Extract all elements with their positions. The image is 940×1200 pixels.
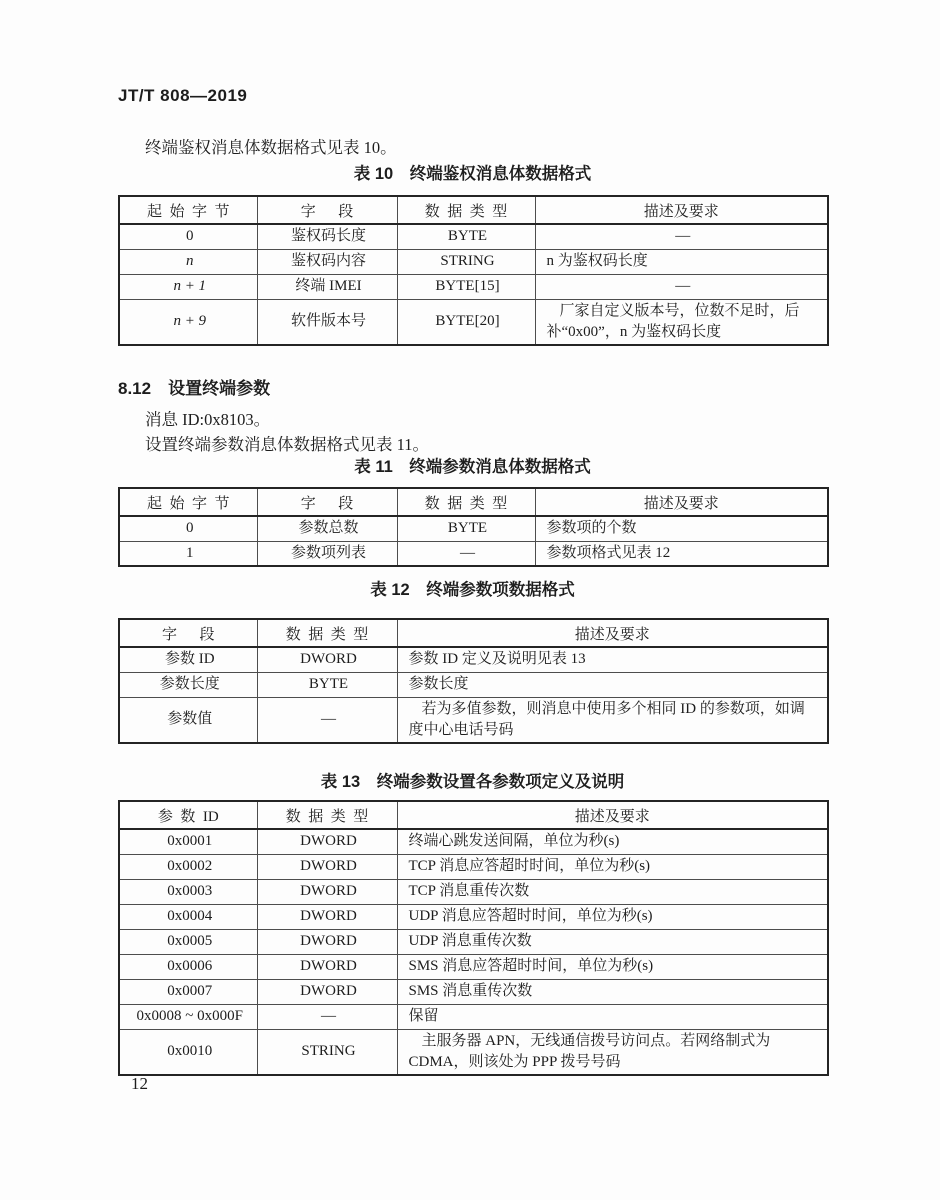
table-row: 0x0006DWORDSMS 消息应答超时时间，单位为秒(s) bbox=[119, 954, 828, 979]
table-cell: 参数 ID 定义及说明见表 13 bbox=[397, 647, 828, 672]
table-cell: 0x0007 bbox=[119, 979, 257, 1004]
header-row: 起 始 字 节字 段数 据 类 型描述及要求 bbox=[119, 196, 828, 224]
table-terminal-param-item-format: 字 段数 据 类 型描述及要求参数 IDDWORD参数 ID 定义及说明见表 1… bbox=[118, 618, 829, 744]
table-cell: 参数 ID bbox=[119, 647, 257, 672]
table-row: 0x0005DWORDUDP 消息重传次数 bbox=[119, 929, 828, 954]
table-cell: 参数长度 bbox=[119, 672, 257, 697]
table-12-caption: 表 12 终端参数项数据格式 bbox=[118, 576, 827, 600]
table-cell: n + 9 bbox=[119, 299, 257, 345]
table-cell: DWORD bbox=[257, 854, 397, 879]
table-cell: 0x0004 bbox=[119, 904, 257, 929]
column-header: 描述及要求 bbox=[397, 801, 828, 829]
table-cell: BYTE bbox=[397, 224, 535, 249]
table-cell: 参数长度 bbox=[397, 672, 828, 697]
table-row: n + 1终端 IMEIBYTE[15]— bbox=[119, 274, 828, 299]
page-number: 12 bbox=[131, 1074, 148, 1094]
table-cell: 0 bbox=[119, 516, 257, 541]
header-row: 字 段数 据 类 型描述及要求 bbox=[119, 619, 828, 647]
table-cell: 0x0006 bbox=[119, 954, 257, 979]
table-cell: SMS 消息应答超时时间，单位为秒(s) bbox=[397, 954, 828, 979]
table-row: n鉴权码内容STRINGn 为鉴权码长度 bbox=[119, 249, 828, 274]
column-header: 描述及要求 bbox=[535, 196, 828, 224]
table-row: 参数 IDDWORD参数 ID 定义及说明见表 13 bbox=[119, 647, 828, 672]
column-header: 参 数 ID bbox=[119, 801, 257, 829]
table-cell: — bbox=[257, 1004, 397, 1029]
table-cell: 参数值 bbox=[119, 697, 257, 743]
table-13-caption: 表 13 终端参数设置各参数项定义及说明 bbox=[118, 768, 827, 792]
table-cell: — bbox=[535, 224, 828, 249]
header-row: 参 数 ID数 据 类 型描述及要求 bbox=[119, 801, 828, 829]
table-row: 0x0004DWORDUDP 消息应答超时时间，单位为秒(s) bbox=[119, 904, 828, 929]
column-header: 字 段 bbox=[257, 488, 397, 516]
table-row: 0x0002DWORDTCP 消息应答超时时间，单位为秒(s) bbox=[119, 854, 828, 879]
table-cell: DWORD bbox=[257, 954, 397, 979]
table-cell: — bbox=[257, 697, 397, 743]
table-cell: UDP 消息重传次数 bbox=[397, 929, 828, 954]
table-cell: 保留 bbox=[397, 1004, 828, 1029]
table-cell: DWORD bbox=[257, 929, 397, 954]
table-11-caption: 表 11 终端参数消息体数据格式 bbox=[118, 453, 827, 477]
table-terminal-auth-body-format: 起 始 字 节字 段数 据 类 型描述及要求0鉴权码长度BYTE—n鉴权码内容S… bbox=[118, 195, 829, 346]
document-page: JT/T 808—2019 终端鉴权消息体数据格式见表 10。 表 10 终端鉴… bbox=[0, 0, 940, 1200]
table-row: n + 9软件版本号BYTE[20]厂家自定义版本号，位数不足时，后补“0x00… bbox=[119, 299, 828, 345]
table-cell: TCP 消息应答超时时间，单位为秒(s) bbox=[397, 854, 828, 879]
table-cell: BYTE bbox=[257, 672, 397, 697]
table-cell: 主服务器 APN，无线通信拨号访问点。若网络制式为 CDMA，则该处为 PPP … bbox=[397, 1029, 828, 1075]
table-cell: 参数项的个数 bbox=[535, 516, 828, 541]
table-terminal-param-definitions: 参 数 ID数 据 类 型描述及要求0x0001DWORD终端心跳发送间隔，单位… bbox=[118, 800, 829, 1076]
table-terminal-param-body-format: 起 始 字 节字 段数 据 类 型描述及要求0参数总数BYTE参数项的个数1参数… bbox=[118, 487, 829, 567]
header-row: 起 始 字 节字 段数 据 类 型描述及要求 bbox=[119, 488, 828, 516]
section-heading-8-12: 8.12 设置终端参数 bbox=[118, 374, 827, 399]
table-cell: 0x0002 bbox=[119, 854, 257, 879]
table-row: 0鉴权码长度BYTE— bbox=[119, 224, 828, 249]
table-cell: DWORD bbox=[257, 879, 397, 904]
table-cell: 厂家自定义版本号，位数不足时，后补“0x00”，n 为鉴权码长度 bbox=[535, 299, 828, 345]
table-cell: DWORD bbox=[257, 647, 397, 672]
table-cell: DWORD bbox=[257, 904, 397, 929]
table-cell: SMS 消息重传次数 bbox=[397, 979, 828, 1004]
table-cell: 鉴权码内容 bbox=[257, 249, 397, 274]
table-row: 1参数项列表—参数项格式见表 12 bbox=[119, 541, 828, 566]
table-cell: BYTE[20] bbox=[397, 299, 535, 345]
column-header: 描述及要求 bbox=[535, 488, 828, 516]
column-header: 描述及要求 bbox=[397, 619, 828, 647]
table-cell: 参数总数 bbox=[257, 516, 397, 541]
table-cell: STRING bbox=[257, 1029, 397, 1075]
table-cell: 参数项格式见表 12 bbox=[535, 541, 828, 566]
table-cell: — bbox=[535, 274, 828, 299]
table-row: 0x0001DWORD终端心跳发送间隔，单位为秒(s) bbox=[119, 829, 828, 854]
table-cell: TCP 消息重传次数 bbox=[397, 879, 828, 904]
table-cell: BYTE[15] bbox=[397, 274, 535, 299]
message-id-paragraph: 消息 ID:0x8103。 bbox=[118, 410, 827, 430]
table-cell: n bbox=[119, 249, 257, 274]
table-cell: 1 bbox=[119, 541, 257, 566]
table-cell: 参数项列表 bbox=[257, 541, 397, 566]
table-cell: DWORD bbox=[257, 979, 397, 1004]
table-row: 参数长度BYTE参数长度 bbox=[119, 672, 828, 697]
column-header: 字 段 bbox=[119, 619, 257, 647]
format-reference-paragraph: 设置终端参数消息体数据格式见表 11。 bbox=[118, 435, 827, 455]
column-header: 起 始 字 节 bbox=[119, 196, 257, 224]
table-cell: DWORD bbox=[257, 829, 397, 854]
table-cell: 0x0003 bbox=[119, 879, 257, 904]
table-cell: 0x0008 ~ 0x000F bbox=[119, 1004, 257, 1029]
table-cell: n + 1 bbox=[119, 274, 257, 299]
table-cell: 0x0010 bbox=[119, 1029, 257, 1075]
table-cell: 0 bbox=[119, 224, 257, 249]
table-cell: 鉴权码长度 bbox=[257, 224, 397, 249]
table-10-caption: 表 10 终端鉴权消息体数据格式 bbox=[118, 160, 827, 184]
intro-paragraph: 终端鉴权消息体数据格式见表 10。 bbox=[118, 138, 827, 158]
table-cell: STRING bbox=[397, 249, 535, 274]
table-cell: 0x0001 bbox=[119, 829, 257, 854]
column-header: 数 据 类 型 bbox=[257, 801, 397, 829]
table-cell: UDP 消息应答超时时间，单位为秒(s) bbox=[397, 904, 828, 929]
table-row: 0x0007DWORDSMS 消息重传次数 bbox=[119, 979, 828, 1004]
column-header: 数 据 类 型 bbox=[397, 488, 535, 516]
table-cell: 软件版本号 bbox=[257, 299, 397, 345]
table-row: 0x0008 ~ 0x000F—保留 bbox=[119, 1004, 828, 1029]
table-cell: 终端 IMEI bbox=[257, 274, 397, 299]
column-header: 字 段 bbox=[257, 196, 397, 224]
table-cell: 终端心跳发送间隔，单位为秒(s) bbox=[397, 829, 828, 854]
table-row: 0x0010STRING主服务器 APN，无线通信拨号访问点。若网络制式为 CD… bbox=[119, 1029, 828, 1075]
column-header: 数 据 类 型 bbox=[257, 619, 397, 647]
table-row: 参数值—若为多值参数，则消息中使用多个相同 ID 的参数项，如调度中心电话号码 bbox=[119, 697, 828, 743]
table-cell: 若为多值参数，则消息中使用多个相同 ID 的参数项，如调度中心电话号码 bbox=[397, 697, 828, 743]
column-header: 起 始 字 节 bbox=[119, 488, 257, 516]
table-cell: BYTE bbox=[397, 516, 535, 541]
table-cell: n 为鉴权码长度 bbox=[535, 249, 828, 274]
table-row: 0x0003DWORDTCP 消息重传次数 bbox=[119, 879, 828, 904]
running-head-doc-code: JT/T 808—2019 bbox=[118, 86, 827, 106]
table-cell: — bbox=[397, 541, 535, 566]
table-cell: 0x0005 bbox=[119, 929, 257, 954]
table-row: 0参数总数BYTE参数项的个数 bbox=[119, 516, 828, 541]
column-header: 数 据 类 型 bbox=[397, 196, 535, 224]
